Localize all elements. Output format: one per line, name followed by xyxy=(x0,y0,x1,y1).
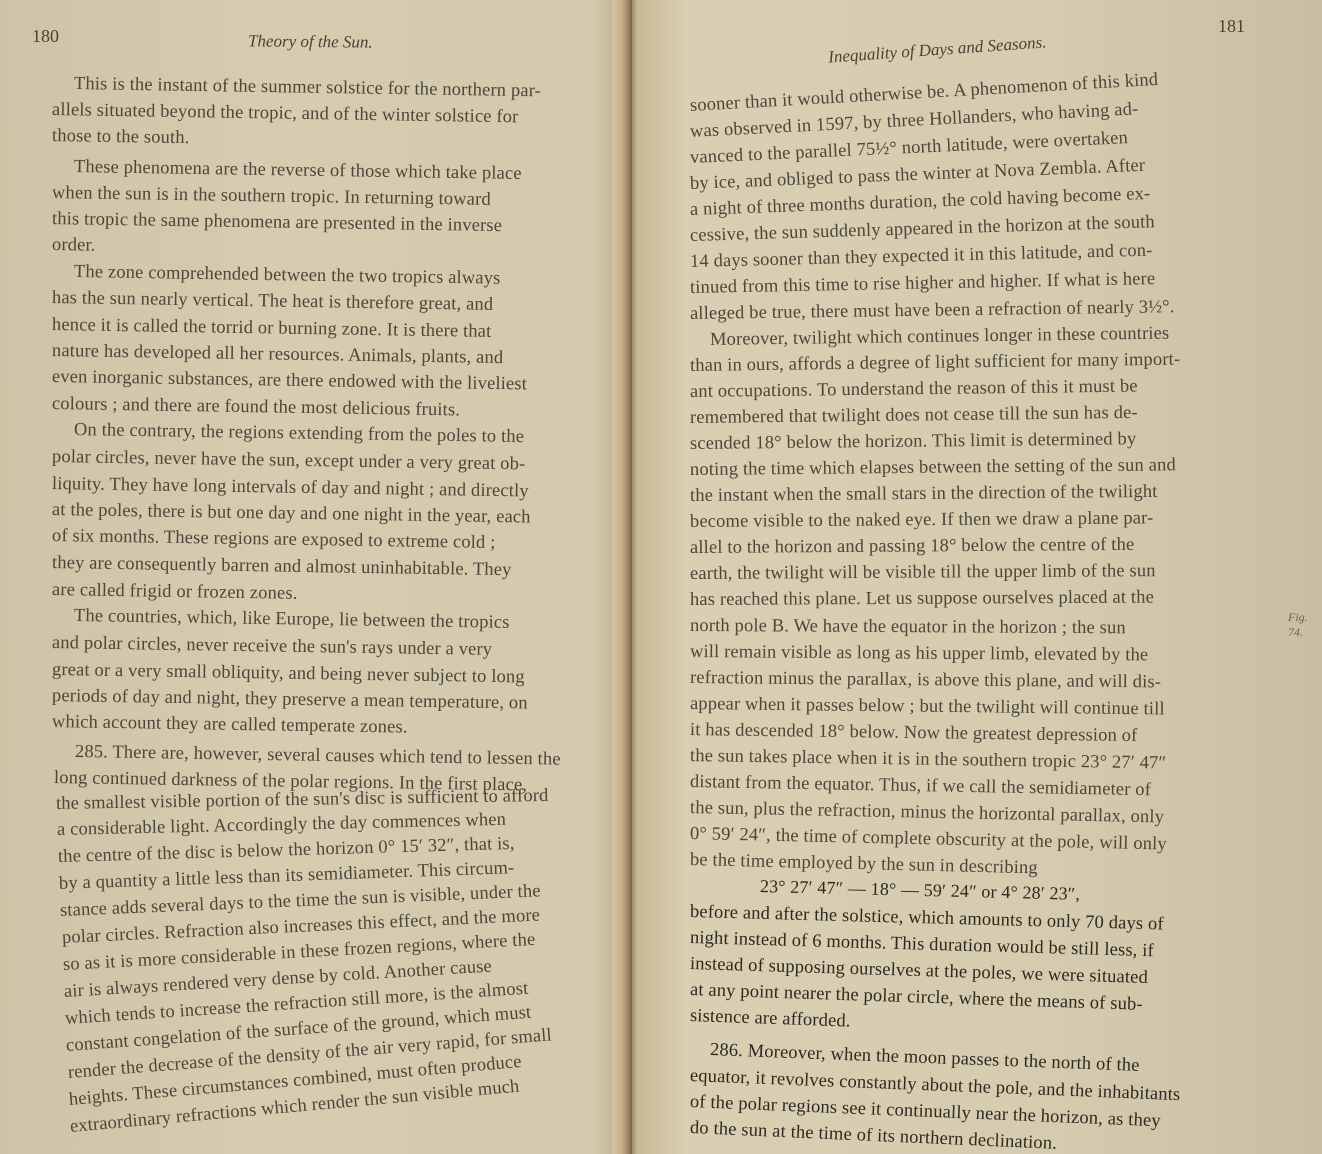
left-text-line: they are consequently barren and almost … xyxy=(52,553,612,582)
right-running-title: Inequality of Days and Seasons. xyxy=(828,32,1047,67)
right-text-line: refraction minus the parallax, is above … xyxy=(690,668,1161,692)
left-text-line: this tropic the same phenomena are prese… xyxy=(52,209,612,238)
formula-line: 23° 27′ 47″ — 18° — 59′ 24″ or 4° 28′ 23… xyxy=(760,876,1081,904)
left-text-line: These phenomena are the reverse of those… xyxy=(74,157,634,186)
right-text-line: 0° 59′ 24″, the time of complete obscuri… xyxy=(690,824,1167,854)
right-text-line: will remain visible as long as his upper… xyxy=(690,642,1148,665)
right-text-line: become visible to the naked eye. If then… xyxy=(690,508,1154,532)
left-page-number: 180 xyxy=(32,26,59,47)
left-text-line: which account they are called temperate … xyxy=(52,712,612,741)
right-text-line: scended 18° below the horizon. This limi… xyxy=(690,429,1137,454)
left-text-line: polar circles, never have the sun, excep… xyxy=(52,447,612,476)
left-text-line: The zone comprehended between the two tr… xyxy=(74,262,634,291)
left-text-line: when the sun is in the southern tropic. … xyxy=(52,183,612,212)
left-text-line: 285. There are, however, several causes … xyxy=(75,742,635,771)
left-text-line: The countries, which, like Europe, lie b… xyxy=(74,606,634,635)
left-running-title: Theory of the Sun. xyxy=(248,31,373,52)
page-gutter xyxy=(612,0,632,1154)
left-text-line: nature has developed all her resources. … xyxy=(52,341,612,370)
right-text-line: alleged be true, there must have been a … xyxy=(690,297,1175,324)
left-text-line: On the contrary, the regions extending f… xyxy=(74,420,634,449)
left-text-line: are called frigid or frozen zones. xyxy=(52,580,612,609)
left-text-line: of six months. These regions are exposed… xyxy=(52,526,612,555)
right-text-line: be the time employed by the sun in descr… xyxy=(690,850,1038,878)
left-text-line: liquity. They have long intervals of day… xyxy=(52,474,612,503)
left-text-line: This is the instant of the summer solsti… xyxy=(74,74,634,103)
right-text-line: appear when it passes below ; but the tw… xyxy=(690,694,1165,719)
right-text-line: 14 days sooner than they expected it in … xyxy=(690,241,1153,272)
right-text-line: has reached this plane. Let us suppose o… xyxy=(690,588,1154,610)
right-text-line: earth, the twilight will be visible till… xyxy=(690,561,1156,584)
right-text-line: ant occupations. To understand the reaso… xyxy=(690,377,1138,402)
right-text-line: the sun takes place when it is in the so… xyxy=(690,746,1167,773)
right-page: 181 Inequality of Days and Seasons. soon… xyxy=(632,0,1322,1154)
right-page-number: 181 xyxy=(1218,16,1245,37)
right-text-line: allel to the horizon and passing 18° bel… xyxy=(690,535,1134,558)
left-text-line: at the poles, there is but one day and o… xyxy=(52,500,612,529)
left-text-line: hence it is called the torrid or burning… xyxy=(52,315,612,344)
left-text-line: allels situated beyond the tropic, and o… xyxy=(52,100,612,129)
left-page: 180 Theory of the Sun. This is the insta… xyxy=(0,0,612,1154)
left-text-line: periods of day and night, they preserve … xyxy=(52,686,612,715)
book-spread: 180 Theory of the Sun. This is the insta… xyxy=(0,0,1322,1154)
figure-reference-note: Fig. 74. xyxy=(1288,610,1322,640)
right-text-line: north pole B. We have the equator in the… xyxy=(690,616,1126,638)
right-text-line: the instant when the small stars in the … xyxy=(690,482,1158,506)
right-text-line: than in ours, affords a degree of light … xyxy=(690,350,1180,376)
right-text-line: Moreover, twilight which continues longe… xyxy=(710,324,1170,350)
right-text-line: distant from the equator. Thus, if we ca… xyxy=(690,772,1151,800)
left-text-line: those to the south. xyxy=(52,126,612,155)
left-text-line: order. xyxy=(52,235,612,264)
left-text-line: colours ; and there are found the most d… xyxy=(52,394,612,423)
right-text-line: it has descended 18° below. Now the grea… xyxy=(690,720,1138,746)
left-text-line: even inorganic substances, are there end… xyxy=(52,367,612,396)
right-text-line: the sun, plus the refraction, minus the … xyxy=(690,798,1164,827)
right-text-line: tinued from this time to rise higher and… xyxy=(690,269,1156,298)
left-text-line: and polar circles, never receive the sun… xyxy=(52,633,612,662)
right-text-line: sistence are afforded. xyxy=(690,1006,851,1032)
left-text-line: great or a very small obliquity, and bei… xyxy=(52,660,612,689)
left-text-line: has the sun nearly vertical. The heat is… xyxy=(52,288,612,317)
right-text-line: remembered that twilight does not cease … xyxy=(690,403,1138,428)
right-text-line: noting the time which elapses between th… xyxy=(690,455,1176,480)
